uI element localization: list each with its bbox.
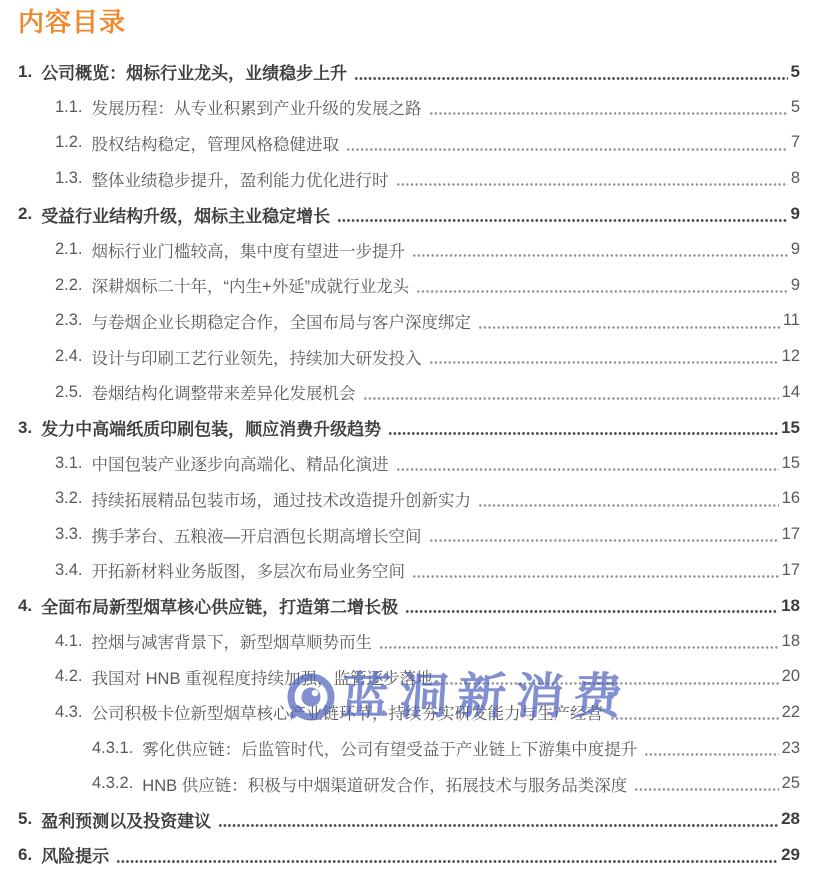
dot-leader (440, 659, 779, 695)
toc-entry-label: 烟标行业门槛较高，集中度有望进一步提升 (92, 238, 406, 262)
dot-leader (412, 552, 779, 588)
dot-leader (116, 837, 778, 873)
dot-leader (346, 125, 788, 161)
toc-entry-number: 6. (18, 845, 32, 865)
page-title: 内容目录 (0, 0, 821, 38)
toc-entry-page: 8 (791, 169, 800, 188)
toc-entry-label: HNB 供应链：积极与中烟渠道研发合作，拓展技术与服务品类深度 (142, 772, 627, 796)
toc-entry-number: 4.3.2. (92, 774, 133, 793)
dot-leader (634, 766, 778, 802)
toc-entry[interactable]: 1. 公司概览：烟标行业龙头，业绩稳步上升 5 (0, 54, 821, 90)
toc-entry-label: 受益行业结构升级，烟标主业稳定增长 (41, 202, 330, 227)
toc-entry-page: 15 (782, 454, 800, 473)
toc-entry-number: 5. (18, 809, 32, 829)
toc-entry[interactable]: 4.3. 公司积极卡位新型烟草核心产业链环节，持续夯实研发能力与生产经营 22 (0, 695, 821, 731)
toc-entry-page: 5 (791, 62, 800, 82)
toc-entry[interactable]: 1.3. 整体业绩稳步提升，盈利能力优化进行时 8 (0, 161, 821, 197)
dot-leader (478, 303, 780, 339)
toc-entry[interactable]: 3.2. 持续拓展精品包装市场，通过技术改造提升创新实力 16 (0, 481, 821, 517)
dot-leader (354, 54, 787, 90)
toc-entry-label: 携手茅台、五粮液—开启酒包长期高增长空间 (92, 523, 422, 547)
toc-entry-page: 12 (782, 347, 800, 366)
toc-list: 1. 公司概览：烟标行业龙头，业绩稳步上升 5 1.1. 发展历程：从专业积累到… (0, 54, 821, 873)
toc-entry-label: 控烟与减害背景下，新型烟草顺势而生 (92, 629, 373, 653)
toc-entry-number: 3.3. (55, 525, 83, 544)
toc-entry-number: 3.1. (55, 454, 83, 473)
toc-entry-label: 发力中高端纸质印刷包装，顺应消费升级趋势 (41, 415, 381, 440)
toc-entry-number: 1. (18, 62, 32, 82)
dot-leader (412, 232, 788, 268)
toc-entry-page: 29 (781, 845, 800, 865)
toc-entry[interactable]: 1.1. 发展历程：从专业积累到产业升级的发展之路 5 (0, 90, 821, 126)
toc-entry-label: 整体业绩稳步提升，盈利能力优化进行时 (92, 167, 389, 191)
dot-leader (218, 801, 778, 837)
toc-entry-page: 15 (781, 418, 800, 438)
toc-entry-number: 1.3. (55, 169, 83, 188)
toc-entry[interactable]: 2.1. 烟标行业门槛较高，集中度有望进一步提升 9 (0, 232, 821, 268)
dot-leader (429, 517, 779, 553)
toc-entry-label: 盈利预测以及投资建议 (41, 807, 211, 832)
toc-entry[interactable]: 2.3. 与卷烟企业长期稳定合作，全国布局与客户深度绑定 11 (0, 303, 821, 339)
toc-entry-number: 2.2. (55, 276, 83, 295)
toc-entry-label: 中国包装产业逐步向高端化、精品化演进 (92, 451, 389, 475)
toc-entry-page: 5 (791, 98, 800, 117)
dot-leader (478, 481, 779, 517)
toc-entry-page: 9 (791, 204, 800, 224)
toc-entry[interactable]: 1.2. 股权结构稳定，管理风格稳健进取 7 (0, 125, 821, 161)
toc-entry[interactable]: 2.2. 深耕烟标二十年，“内生+外延”成就行业龙头 9 (0, 268, 821, 304)
toc-entry[interactable]: 3. 发力中高端纸质印刷包装，顺应消费升级趋势 15 (0, 410, 821, 446)
toc-entry-label: 风险提示 (41, 842, 109, 867)
toc-entry-number: 3.4. (55, 561, 83, 580)
toc-entry-page: 20 (782, 667, 800, 686)
dot-leader (379, 624, 779, 660)
toc-entry-number: 4.1. (55, 632, 83, 651)
toc-entry[interactable]: 4.2. 我国对 HNB 重视程度持续加强，监管逐步落地 20 (0, 659, 821, 695)
toc-entry-label: 公司积极卡位新型烟草核心产业链环节，持续夯实研发能力与生产经营 (92, 700, 604, 724)
dot-leader (405, 588, 778, 624)
dot-leader (610, 695, 779, 731)
dot-leader (396, 446, 779, 482)
toc-entry-number: 2.3. (55, 311, 83, 330)
toc-entry-page: 17 (782, 525, 800, 544)
dot-leader (396, 161, 788, 197)
toc-entry-page: 23 (782, 739, 800, 758)
toc-entry-label: 公司概览：烟标行业龙头，业绩稳步上升 (41, 59, 347, 84)
toc-entry-label: 深耕烟标二十年，“内生+外延”成就行业龙头 (92, 273, 410, 297)
toc-entry-number: 4. (18, 596, 32, 616)
toc-entry-page: 28 (781, 809, 800, 829)
toc-entry-page: 11 (783, 311, 800, 330)
toc-entry[interactable]: 4.3.2. HNB 供应链：积极与中烟渠道研发合作，拓展技术与服务品类深度 2… (0, 766, 821, 802)
toc-entry-number: 2. (18, 204, 32, 224)
toc-entry-number: 2.1. (55, 240, 83, 259)
toc-entry-label: 卷烟结构化调整带来差异化发展机会 (92, 380, 356, 404)
toc-entry-label: 发展历程：从专业积累到产业升级的发展之路 (92, 95, 422, 119)
toc-entry-page: 9 (791, 276, 800, 295)
toc-entry-number: 2.5. (55, 383, 83, 402)
toc-entry[interactable]: 3.3. 携手茅台、五粮液—开启酒包长期高增长空间 17 (0, 517, 821, 553)
toc-entry-page: 7 (791, 133, 800, 152)
toc-entry[interactable]: 6. 风险提示 29 (0, 837, 821, 873)
toc-entry-page: 14 (782, 383, 800, 402)
toc-entry-page: 18 (782, 632, 800, 651)
toc-entry-number: 3.2. (55, 489, 83, 508)
toc-entry-label: 设计与印刷工艺行业领先，持续加大研发投入 (92, 345, 422, 369)
toc-entry-page: 16 (782, 489, 800, 508)
toc-entry-label: 我国对 HNB 重视程度持续加强，监管逐步落地 (92, 665, 433, 689)
toc-entry-number: 1.1. (55, 98, 83, 117)
dot-leader (429, 90, 788, 126)
toc-entry-number: 4.3.1. (92, 739, 133, 758)
toc-entry-number: 4.3. (55, 703, 83, 722)
toc-entry-page: 9 (791, 240, 800, 259)
toc-page: 内容目录 1. 公司概览：烟标行业龙头，业绩稳步上升 5 1.1. 发展历程：从… (0, 0, 821, 878)
dot-leader (644, 730, 778, 766)
dot-leader (337, 196, 787, 232)
toc-entry[interactable]: 4. 全面布局新型烟草核心供应链，打造第二增长极 18 (0, 588, 821, 624)
toc-entry-label: 与卷烟企业长期稳定合作，全国布局与客户深度绑定 (92, 309, 472, 333)
toc-entry[interactable]: 2. 受益行业结构升级，烟标主业稳定增长 9 (0, 196, 821, 232)
toc-entry-page: 17 (782, 561, 800, 580)
toc-entry[interactable]: 3.4. 开拓新材料业务版图，多层次布局业务空间 17 (0, 552, 821, 588)
dot-leader (429, 339, 779, 375)
toc-entry-label: 全面布局新型烟草核心供应链，打造第二增长极 (41, 593, 398, 618)
toc-entry-label: 股权结构稳定，管理风格稳健进取 (92, 131, 340, 155)
toc-entry-label: 雾化供应链：后监管时代，公司有望受益于产业链上下游集中度提升 (142, 736, 637, 760)
toc-entry[interactable]: 3.1. 中国包装产业逐步向高端化、精品化演进 15 (0, 446, 821, 482)
toc-entry-number: 4.2. (55, 667, 83, 686)
toc-entry-number: 1.2. (55, 133, 83, 152)
toc-entry[interactable]: 5. 盈利预测以及投资建议 28 (0, 801, 821, 837)
toc-entry-label: 开拓新材料业务版图，多层次布局业务空间 (92, 558, 406, 582)
toc-entry[interactable]: 4.3.1. 雾化供应链：后监管时代，公司有望受益于产业链上下游集中度提升 23 (0, 730, 821, 766)
dot-leader (363, 374, 779, 410)
toc-entry-page: 22 (782, 703, 800, 722)
toc-entry[interactable]: 4.1. 控烟与减害背景下，新型烟草顺势而生 18 (0, 624, 821, 660)
toc-entry-number: 3. (18, 418, 32, 438)
toc-entry-page: 18 (781, 596, 800, 616)
toc-entry[interactable]: 2.5. 卷烟结构化调整带来差异化发展机会 14 (0, 374, 821, 410)
toc-entry-page: 25 (782, 774, 800, 793)
dot-leader (388, 410, 778, 446)
toc-entry-label: 持续拓展精品包装市场，通过技术改造提升创新实力 (92, 487, 472, 511)
toc-entry-number: 2.4. (55, 347, 83, 366)
toc-entry[interactable]: 2.4. 设计与印刷工艺行业领先，持续加大研发投入 12 (0, 339, 821, 375)
dot-leader (416, 268, 788, 304)
